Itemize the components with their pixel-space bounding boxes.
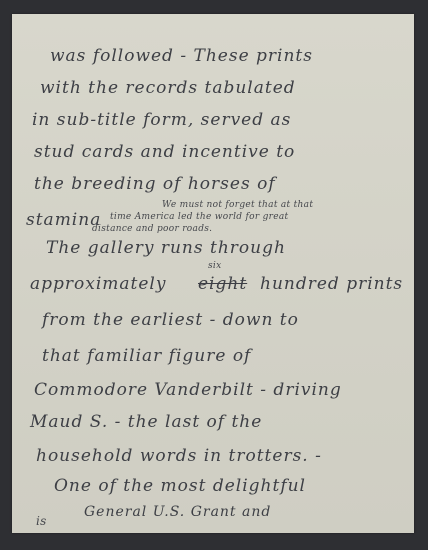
text-line-4: stud cards and incentive to: [34, 142, 295, 162]
text-line-5: the breeding of horses of: [34, 174, 276, 194]
text-line-7: The gallery runs through: [46, 238, 286, 258]
text-line-8b: hundred prints: [260, 274, 403, 294]
text-line-1: was followed - These prints: [50, 46, 313, 66]
text-line-8: approximately: [30, 274, 166, 294]
text-line-14: One of the most delightful: [54, 476, 306, 496]
text-line-13: household words in trotters. -: [36, 446, 322, 466]
text-line-15a: is: [36, 514, 47, 528]
text-line-15: General U.S. Grant and: [84, 504, 271, 520]
text-line-11: Commodore Vanderbilt - driving: [34, 380, 342, 400]
text-line-10: that familiar figure of: [42, 346, 251, 366]
insertion-line-1: We must not forget that at that: [162, 200, 313, 210]
correction-insert: six: [208, 261, 221, 271]
insertion-line-2: time America led the world for great: [110, 212, 288, 222]
correction-struck: eight: [198, 274, 247, 294]
text-line-3: in sub-title form, served as: [32, 110, 291, 130]
text-line-6: stamina: [26, 210, 101, 230]
text-line-2: with the records tabulated: [40, 78, 296, 98]
insertion-line-3: distance and poor roads.: [92, 224, 212, 234]
document-page: was followed - These prints with the rec…: [12, 14, 414, 533]
text-line-12: Maud S. - the last of the: [30, 412, 262, 432]
text-line-9: from the earliest - down to: [42, 310, 299, 330]
